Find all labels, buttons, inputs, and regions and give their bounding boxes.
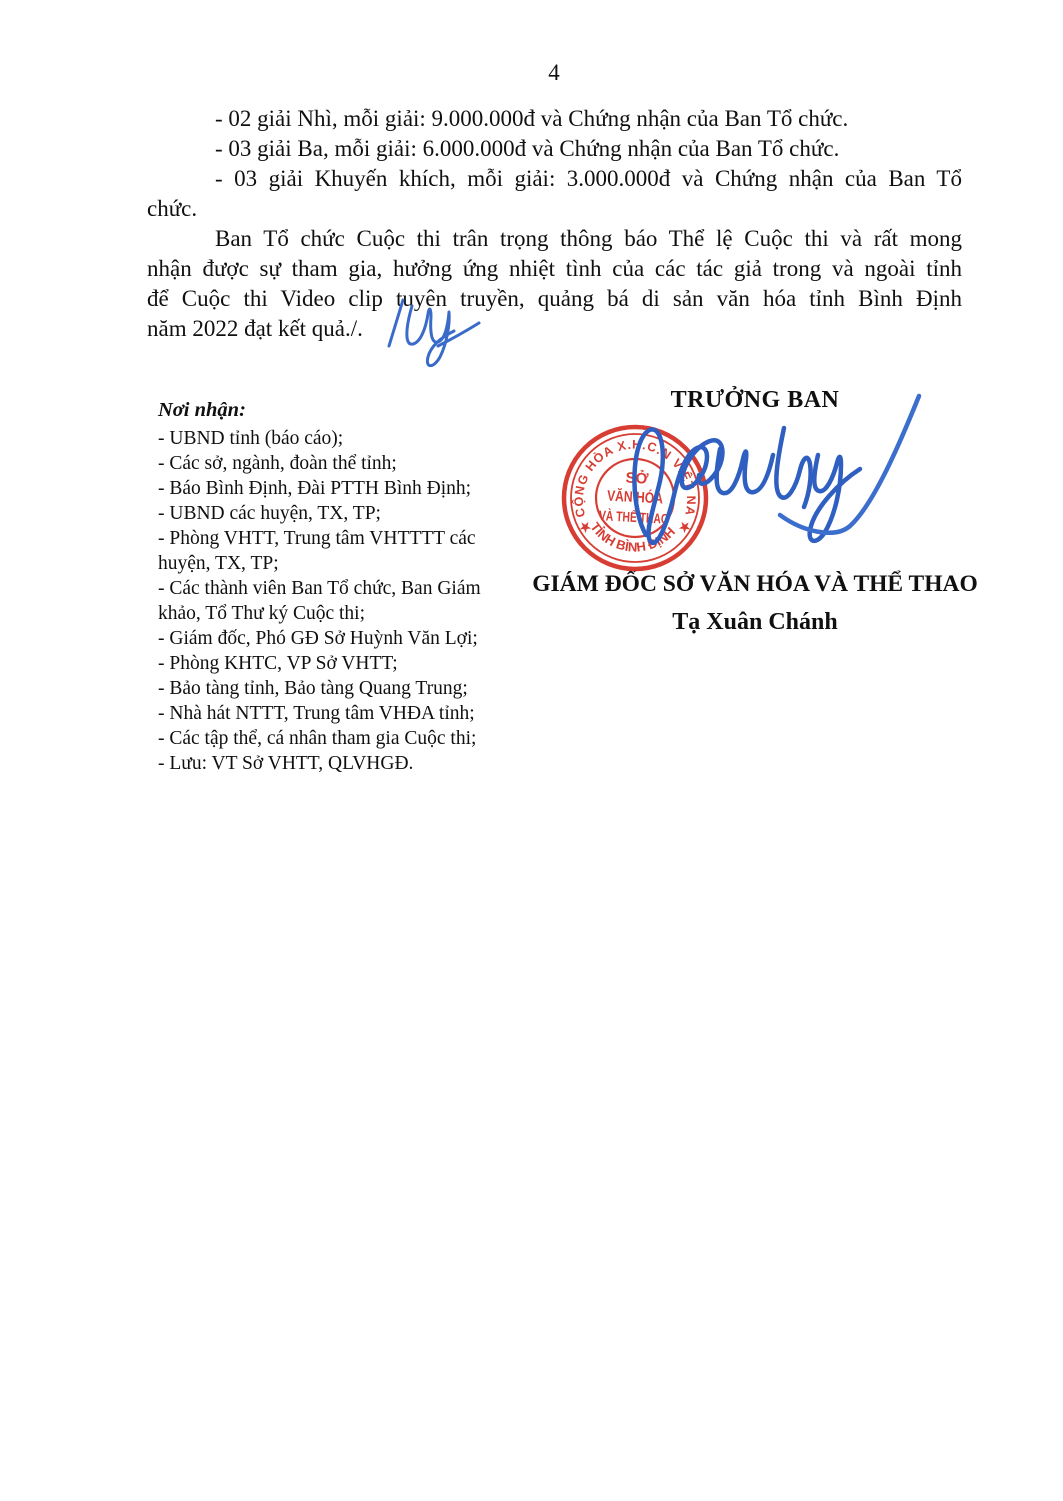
body-line: chức. bbox=[147, 194, 962, 224]
body-line: nhận được sự tham gia, hưởng ứng nhiệt t… bbox=[147, 254, 962, 284]
recipient-item: - Giám đốc, Phó GĐ Sở Huỳnh Văn Lợi; bbox=[158, 626, 505, 651]
paraph-initials-icon bbox=[382, 294, 487, 376]
body-paragraphs: - 02 giải Nhì, mỗi giải: 9.000.000đ và C… bbox=[147, 104, 962, 344]
body-line: - 02 giải Nhì, mỗi giải: 9.000.000đ và C… bbox=[147, 104, 962, 134]
document-page: 4 - 02 giải Nhì, mỗi giải: 9.000.000đ và… bbox=[0, 0, 1063, 1501]
signer-position: GIÁM ĐỐC SỞ VĂN HÓA VÀ THỂ THAO bbox=[520, 571, 990, 598]
recipient-item: - Phòng VHTT, Trung tâm VHTTTT các huyện… bbox=[158, 526, 505, 576]
signature-scribble-icon bbox=[598, 383, 938, 575]
recipients-header: Nơi nhận: bbox=[158, 398, 505, 423]
body-line: - 03 giải Ba, mỗi giải: 6.000.000đ và Ch… bbox=[147, 134, 962, 164]
recipient-item: - Báo Bình Định, Đài PTTH Bình Định; bbox=[158, 476, 505, 501]
recipient-item: - Phòng KHTC, VP Sở VHTT; bbox=[158, 651, 505, 676]
body-line: - 03 giải Khuyến khích, mỗi giải: 3.000.… bbox=[147, 164, 962, 194]
recipients-block: Nơi nhận: - UBND tỉnh (báo cáo); - Các s… bbox=[158, 398, 505, 776]
recipient-item: - Bảo tàng tỉnh, Bảo tàng Quang Trung; bbox=[158, 676, 505, 701]
body-line: năm 2022 đạt kết quả./. bbox=[147, 314, 962, 344]
recipient-item: - Lưu: VT Sở VHTT, QLVHGĐ. bbox=[158, 751, 505, 776]
recipient-item: - Nhà hát NTTT, Trung tâm VHĐA tỉnh; bbox=[158, 701, 505, 726]
recipient-item: - UBND tỉnh (báo cáo); bbox=[158, 426, 505, 451]
body-line: để Cuộc thi Video clip tuyên truyền, quả… bbox=[147, 284, 962, 314]
recipient-item: - UBND các huyện, TX, TP; bbox=[158, 501, 505, 526]
page-number: 4 bbox=[147, 60, 961, 86]
recipient-item: - Các sở, ngành, đoàn thể tỉnh; bbox=[158, 451, 505, 476]
recipient-item: - Các tập thể, cá nhân tham gia Cuộc thi… bbox=[158, 726, 505, 751]
signer-name: Tạ Xuân Chánh bbox=[520, 609, 990, 636]
recipient-item: - Các thành viên Ban Tổ chức, Ban Giám k… bbox=[158, 576, 505, 626]
body-line: Ban Tổ chức Cuộc thi trân trọng thông bá… bbox=[147, 224, 962, 254]
